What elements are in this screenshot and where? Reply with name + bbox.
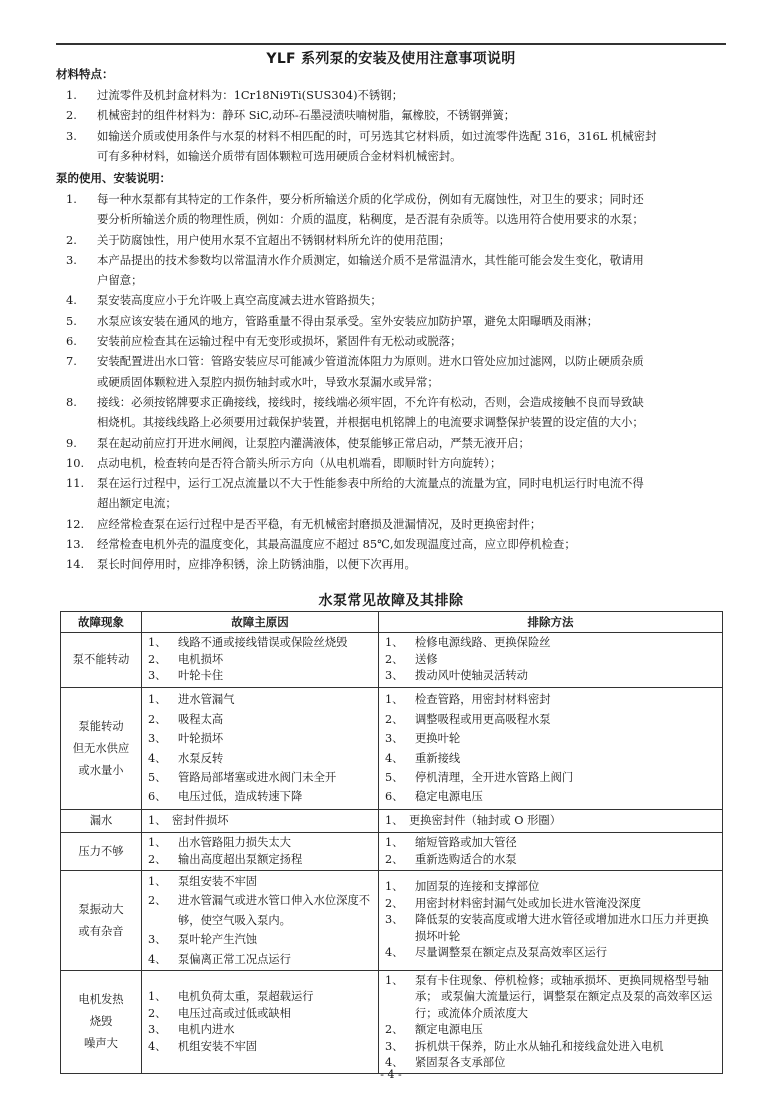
fault-table: 故障现象 故障主原因 排除方法 泵不能转动1、线路不通或接线错误或保险丝烧毁2、… (60, 611, 723, 1074)
list-item-text: 本产品提出的技术参数均以常温清水作介质测定，如输送介质不是常温清水，其性能可能会… (97, 250, 732, 270)
fault-table-header-row: 故障现象 故障主原因 排除方法 (61, 612, 723, 633)
list-item-text: 每一种水泵都有其特定的工作条件，要分析所输送介质的化学成份，例如有无腐蚀性，对卫… (97, 189, 732, 209)
fault-item-number: 2、 (148, 891, 178, 930)
fault-item-text: 拨动风叶使轴灵活转动 (415, 668, 718, 685)
fault-symptom-text: 泵能转动 (63, 716, 139, 738)
fault-item-text: 进水管漏气 (178, 690, 374, 709)
fault-list-item: 1、更换密封件（轴封或 O 形圈） (385, 813, 718, 830)
fault-list-item: 2、吸程太高 (148, 710, 374, 729)
fault-list-item: 1、泵组安装不牢固 (148, 872, 374, 891)
fault-remedy-cell: 1、加固泵的连接和支撑部位2、用密封材料密封漏气处或加长进水管淹没深度3、降低泵… (379, 871, 723, 971)
fault-item-text: 输出高度超出泵额定扬程 (178, 852, 374, 869)
list-item: 2.机械密封的组件材料为：静环 SiC,动环-石墨浸渍呋喃树脂，氟橡胶，不锈钢弹… (66, 105, 732, 125)
fault-item-text: 机组安装不牢固 (178, 1039, 374, 1056)
table-row: 泵能转动但无水供应或水量小1、进水管漏气2、吸程太高3、叶轮损坏4、水泵反转5、… (61, 688, 723, 810)
fault-item-number: 3、 (385, 912, 415, 945)
fault-item-text: 水泵反转 (178, 749, 374, 768)
list-item: 13.经常检查电机外壳的温度变化，其最高温度应不超过 85℃,如发现温度过高，应… (66, 534, 732, 554)
fault-item-number: 1、 (385, 973, 415, 1023)
document-title: YLF 系列泵的安装及使用注意事项说明 (0, 48, 782, 68)
header-cause: 故障主原因 (142, 612, 379, 633)
fault-item-number: 3、 (148, 930, 178, 949)
list-item-text: 应经常检查泵在运行过程中是否平稳，有无机械密封磨损及泄漏情况，及时更换密封件； (97, 514, 732, 534)
fault-item-text: 吸程太高 (178, 710, 374, 729)
list-item-number: 1. (66, 189, 77, 209)
fault-item-text: 泵偏离正常工况点运行 (178, 950, 374, 969)
fault-list-item: 1、检查管路，用密封材料密封 (385, 690, 718, 709)
header-symptom: 故障现象 (61, 612, 142, 633)
list-item-number: 3. (66, 250, 77, 270)
list-item-text: 超出额定电流； (97, 493, 732, 513)
fault-remedy-cell: 1、检修电源线路、更换保险丝2、送修3、拨动风叶使轴灵活转动 (379, 633, 723, 688)
fault-list-item: 3、叶轮卡住 (148, 668, 374, 685)
fault-symptom-cell: 漏水 (61, 810, 142, 833)
table-row: 泵不能转动1、线路不通或接线错误或保险丝烧毁2、电机损坏3、叶轮卡住1、检修电源… (61, 633, 723, 688)
fault-list-item: 1、进水管漏气 (148, 690, 374, 709)
fault-list-item: 3、泵叶轮产生汽蚀 (148, 930, 374, 949)
fault-item-text: 管路局部堵塞或进水阀门未全开 (178, 768, 374, 787)
fault-symptom-text: 但无水供应 (63, 738, 139, 760)
header-rule (56, 43, 726, 45)
fault-symptom-text: 压力不够 (63, 841, 139, 863)
fault-item-text: 拆机烘干保养，防止水从轴孔和接线盒处进入电机 (415, 1039, 718, 1056)
fault-item-number: 1、 (148, 835, 178, 852)
fault-item-text: 进水管漏气或进水管口伸入水位深度不够，使空气吸入泵内。 (178, 891, 374, 930)
fault-item-text: 更换叶轮 (415, 729, 718, 748)
fault-item-text: 重新选购适合的水泵 (415, 852, 718, 869)
list-item-text: 相烧机。其接线线路上必须要用过载保护装置，并根据电机铭牌上的电流要求调整保护装置… (97, 412, 732, 432)
fault-remedy-cell: 1、检查管路，用密封材料密封2、调整吸程或用更高吸程水泵3、更换叶轮4、重新接线… (379, 688, 723, 810)
fault-item-number: 2、 (385, 1022, 415, 1039)
fault-item-text: 用密封材料密封漏气处或加长进水管淹没深度 (415, 896, 718, 913)
fault-item-text: 泵叶轮产生汽蚀 (178, 930, 374, 949)
fault-item-text: 叶轮损坏 (178, 729, 374, 748)
fault-item-text: 尽量调整泵在额定点及泵高效率区运行 (415, 945, 718, 962)
fault-item-text: 稳定电源电压 (415, 787, 718, 806)
list-item: 10.点动电机，检查转向是否符合箭头所示方向（从电机端看，即顺时针方向旋转）； (66, 453, 732, 473)
fault-list-item: 2、输出高度超出泵额定扬程 (148, 852, 374, 869)
fault-cause-cell: 1、密封件损坏 (142, 810, 379, 833)
list-item: 7.安装配置进出水口管：管路安装应尽可能减少管道流体阻力为原则。进水口管处应加过… (66, 351, 732, 392)
fault-list-item: 4、机组安装不牢固 (148, 1039, 374, 1056)
list-item-text: 安装配置进出水口管：管路安装应尽可能减少管道流体阻力为原则。进水口管处应加过滤网… (97, 351, 732, 371)
fault-item-text: 重新接线 (415, 749, 718, 768)
fault-item-number: 2、 (385, 852, 415, 869)
fault-item-text: 降低泵的安装高度或增大进水管径或增加进水口压力并更换损坏叶轮 (415, 912, 718, 945)
usage-list: 1.每一种水泵都有其特定的工作条件，要分析所输送介质的化学成份，例如有无腐蚀性，… (66, 189, 732, 575)
usage-heading: 泵的使用、安装说明： (56, 170, 171, 186)
fault-item-number: 4、 (148, 950, 178, 969)
fault-item-number: 2、 (148, 710, 178, 729)
list-item-number: 5. (66, 311, 77, 331)
list-item-text: 泵长时间停用时，应排净积锈，涂上防锈油脂，以便下次再用。 (97, 554, 732, 574)
fault-item-text: 检查管路，用密封材料密封 (415, 690, 718, 709)
fault-item-number: 3、 (385, 1039, 415, 1056)
fault-item-number: 3、 (148, 668, 178, 685)
fault-item-number: 2、 (385, 652, 415, 669)
fault-item-text: 加固泵的连接和支撑部位 (415, 879, 718, 896)
fault-remedy-cell: 1、泵有卡住现象、停机检修；或轴承损坏、更换同规格型号轴承； 或泵偏大流量运行，… (379, 971, 723, 1074)
fault-cause-cell: 1、线路不通或接线错误或保险丝烧毁2、电机损坏3、叶轮卡住 (142, 633, 379, 688)
fault-item-number: 1、 (148, 635, 178, 652)
fault-item-number: 2、 (148, 652, 178, 669)
table-row: 漏水1、密封件损坏1、更换密封件（轴封或 O 形圈） (61, 810, 723, 833)
fault-item-text: 额定电源电压 (415, 1022, 718, 1039)
fault-list-item: 1、线路不通或接线错误或保险丝烧毁 (148, 635, 374, 652)
list-item-text: 水泵应该安装在通风的地方，管路重量不得由泵承受。室外安装应加防护罩，避免太阳曝晒… (97, 311, 732, 331)
fault-item-number: 3、 (385, 668, 415, 685)
fault-list-item: 3、拆机烘干保养，防止水从轴孔和接线盒处进入电机 (385, 1039, 718, 1056)
fault-item-number: 3、 (385, 729, 415, 748)
fault-list-item: 4、泵偏离正常工况点运行 (148, 950, 374, 969)
fault-table-title: 水泵常见故障及其排除 (0, 590, 782, 610)
table-row: 泵振动大或有杂音1、泵组安装不牢固2、进水管漏气或进水管口伸入水位深度不够，使空… (61, 871, 723, 971)
fault-item-number: 3、 (148, 729, 178, 748)
fault-remedy-cell: 1、更换密封件（轴封或 O 形圈） (379, 810, 723, 833)
fault-item-number: 6、 (385, 787, 415, 806)
fault-list-item: 3、叶轮损坏 (148, 729, 374, 748)
fault-item-number: 4、 (385, 945, 415, 962)
fault-list-item: 2、用密封材料密封漏气处或加长进水管淹没深度 (385, 896, 718, 913)
fault-list-item: 3、降低泵的安装高度或增大进水管径或增加进水口压力并更换损坏叶轮 (385, 912, 718, 945)
fault-item-number: 2、 (385, 710, 415, 729)
list-item: 6.安装前应检查其在运输过程中有无变形或损坏，紧固件有无松动或脱落； (66, 331, 732, 351)
fault-list-item: 2、额定电源电压 (385, 1022, 718, 1039)
fault-item-number: 5、 (148, 768, 178, 787)
list-item: 11.泵在运行过程中，运行工况点流量以不大于性能参表中所给的大流量点的流量为宜，… (66, 473, 732, 514)
fault-item-text: 电压过低，造成转速下降 (178, 787, 374, 806)
fault-item-text: 检修电源线路、更换保险丝 (415, 635, 718, 652)
list-item-text: 点动电机，检查转向是否符合箭头所示方向（从电机端看，即顺时针方向旋转）； (97, 453, 732, 473)
fault-item-text: 电机损坏 (178, 652, 374, 669)
list-item-number: 11. (66, 473, 84, 493)
fault-list-item: 2、重新选购适合的水泵 (385, 852, 718, 869)
list-item: 3.本产品提出的技术参数均以常温清水作介质测定，如输送介质不是常温清水，其性能可… (66, 250, 732, 291)
fault-symptom-text: 烧毁 (63, 1011, 139, 1033)
fault-symptom-cell: 泵振动大或有杂音 (61, 871, 142, 971)
list-item-text: 要分析所输送介质的物理性质，例如：介质的温度，粘稠度，是否混有杂质等。以选用符合… (97, 209, 732, 229)
fault-item-text: 更换密封件（轴封或 O 形圈） (409, 813, 718, 830)
list-item-number: 9. (66, 433, 77, 453)
materials-heading: 材料特点： (56, 66, 114, 82)
list-item: 1.过流零件及机封盒材料为：1Cr18Ni9Ti(SUS304)不锈钢； (66, 85, 732, 105)
fault-list-item: 1、泵有卡住现象、停机检修；或轴承损坏、更换同规格型号轴承； 或泵偏大流量运行，… (385, 973, 718, 1023)
fault-cause-cell: 1、出水管路阻力损失太大2、输出高度超出泵额定扬程 (142, 833, 379, 871)
list-item-text: 关于防腐蚀性，用户使用水泵不宜超出不锈钢材料所允许的使用范围； (97, 230, 732, 250)
fault-item-text: 送修 (415, 652, 718, 669)
list-item-text: 经常检查电机外壳的温度变化，其最高温度应不超过 85℃,如发现温度过高，应立即停… (97, 534, 732, 554)
list-item-text: 泵在起动前应打开进水闸阀，让泵腔内灌满液体，使泵能够正常启动，严禁无液开启； (97, 433, 732, 453)
list-item-number: 2. (66, 230, 77, 250)
list-item: 5.水泵应该安装在通风的地方，管路重量不得由泵承受。室外安装应加防护罩，避免太阳… (66, 311, 732, 331)
fault-list-item: 1、电机负荷太重，泵超载运行 (148, 989, 374, 1006)
list-item-text: 泵安装高度应小于允许吸上真空高度减去进水管路损失； (97, 290, 732, 310)
fault-list-item: 1、密封件损坏 (148, 813, 374, 830)
fault-item-number: 2、 (385, 896, 415, 913)
fault-list-item: 5、停机清理，全开进水管路上阀门 (385, 768, 718, 787)
list-item-number: 3. (66, 126, 77, 146)
list-item-number: 12. (66, 514, 84, 534)
fault-list-item: 4、重新接线 (385, 749, 718, 768)
fault-item-text: 电机内进水 (178, 1022, 374, 1039)
fault-item-text: 电压过高或过低或缺相 (178, 1006, 374, 1023)
list-item-text: 如输送介质或使用条件与水泵的材料不相匹配的时，可另选其它材料质，如过流零件选配 … (97, 126, 732, 146)
fault-item-number: 4、 (148, 749, 178, 768)
list-item-number: 6. (66, 331, 77, 351)
fault-list-item: 2、调整吸程或用更高吸程水泵 (385, 710, 718, 729)
list-item-text: 户留意； (97, 270, 732, 290)
fault-item-text: 泵组安装不牢固 (178, 872, 374, 891)
fault-item-number: 5、 (385, 768, 415, 787)
list-item-text: 过流零件及机封盒材料为：1Cr18Ni9Ti(SUS304)不锈钢； (97, 85, 732, 105)
fault-list-item: 1、出水管路阻力损失太大 (148, 835, 374, 852)
fault-list-item: 2、电机损坏 (148, 652, 374, 669)
list-item-text: 泵在运行过程中，运行工况点流量以不大于性能参表中所给的大流量点的流量为宜，同时电… (97, 473, 732, 493)
table-row: 压力不够1、出水管路阻力损失太大2、输出高度超出泵额定扬程1、缩短管路或加大管径… (61, 833, 723, 871)
list-item: 8.接线：必须按铭牌要求正确接线，接线时，接线端必须牢固，不允许有松动，否则，会… (66, 392, 732, 433)
list-item: 4.泵安装高度应小于允许吸上真空高度减去进水管路损失； (66, 290, 732, 310)
fault-item-number: 4、 (385, 749, 415, 768)
list-item-text: 机械密封的组件材料为：静环 SiC,动环-石墨浸渍呋喃树脂，氟橡胶，不锈钢弹簧； (97, 105, 732, 125)
list-item: 9.泵在起动前应打开进水闸阀，让泵腔内灌满液体，使泵能够正常启动，严禁无液开启； (66, 433, 732, 453)
page-number: - 4 - (0, 1068, 782, 1081)
fault-symptom-text: 噪声大 (63, 1033, 139, 1055)
fault-item-number: 2、 (148, 852, 178, 869)
fault-list-item: 4、尽量调整泵在额定点及泵高效率区运行 (385, 945, 718, 962)
fault-list-item: 2、送修 (385, 652, 718, 669)
list-item-number: 13. (66, 534, 84, 554)
fault-item-text: 调整吸程或用更高吸程水泵 (415, 710, 718, 729)
fault-item-number: 1、 (385, 835, 415, 852)
fault-item-number: 6、 (148, 787, 178, 806)
fault-item-text: 出水管路阻力损失太大 (178, 835, 374, 852)
fault-item-number: 1、 (385, 635, 415, 652)
fault-list-item: 1、缩短管路或加大管径 (385, 835, 718, 852)
fault-list-item: 2、进水管漏气或进水管口伸入水位深度不够，使空气吸入泵内。 (148, 891, 374, 930)
fault-cause-cell: 1、电机负荷太重，泵超载运行2、电压过高或过低或缺相3、电机内进水4、机组安装不… (142, 971, 379, 1074)
fault-symptom-cell: 电机发热烧毁噪声大 (61, 971, 142, 1074)
list-item-number: 2. (66, 105, 77, 125)
list-item: 14.泵长时间停用时，应排净积锈，涂上防锈油脂，以便下次再用。 (66, 554, 732, 574)
list-item: 12.应经常检查泵在运行过程中是否平稳，有无机械密封磨损及泄漏情况，及时更换密封… (66, 514, 732, 534)
fault-item-number: 1、 (385, 690, 415, 709)
list-item-text: 或硬质固体颗粒进入泵腔内损伤轴封或水叶，导致水泵漏水或异常； (97, 372, 732, 392)
fault-list-item: 1、检修电源线路、更换保险丝 (385, 635, 718, 652)
fault-remedy-cell: 1、缩短管路或加大管径2、重新选购适合的水泵 (379, 833, 723, 871)
fault-symptom-text: 或有杂音 (63, 921, 139, 943)
fault-symptom-text: 电机发热 (63, 989, 139, 1011)
fault-item-number: 1、 (385, 879, 415, 896)
fault-item-text: 缩短管路或加大管径 (415, 835, 718, 852)
fault-list-item: 3、更换叶轮 (385, 729, 718, 748)
list-item: 2.关于防腐蚀性，用户使用水泵不宜超出不锈钢材料所允许的使用范围； (66, 230, 732, 250)
fault-item-number: 1、 (148, 813, 172, 830)
fault-symptom-cell: 压力不够 (61, 833, 142, 871)
fault-list-item: 3、拨动风叶使轴灵活转动 (385, 668, 718, 685)
list-item: 1.每一种水泵都有其特定的工作条件，要分析所输送介质的化学成份，例如有无腐蚀性，… (66, 189, 732, 230)
fault-item-number: 1、 (385, 813, 409, 830)
fault-symptom-text: 泵不能转动 (63, 649, 139, 671)
fault-item-text: 叶轮卡住 (178, 668, 374, 685)
fault-cause-cell: 1、泵组安装不牢固2、进水管漏气或进水管口伸入水位深度不够，使空气吸入泵内。3、… (142, 871, 379, 971)
fault-symptom-cell: 泵不能转动 (61, 633, 142, 688)
fault-item-number: 2、 (148, 1006, 178, 1023)
fault-symptom-text: 泵振动大 (63, 899, 139, 921)
list-item-number: 7. (66, 351, 77, 371)
fault-list-item: 5、管路局部堵塞或进水阀门未全开 (148, 768, 374, 787)
list-item-number: 8. (66, 392, 77, 412)
header-remedy: 排除方法 (379, 612, 723, 633)
fault-list-item: 6、电压过低，造成转速下降 (148, 787, 374, 806)
fault-list-item: 2、电压过高或过低或缺相 (148, 1006, 374, 1023)
list-item-text: 安装前应检查其在运输过程中有无变形或损坏，紧固件有无松动或脱落； (97, 331, 732, 351)
fault-item-number: 4、 (148, 1039, 178, 1056)
fault-symptom-text: 或水量小 (63, 760, 139, 782)
list-item-number: 4. (66, 290, 77, 310)
fault-list-item: 6、稳定电源电压 (385, 787, 718, 806)
fault-item-text: 泵有卡住现象、停机检修；或轴承损坏、更换同规格型号轴承； 或泵偏大流量运行，调整… (415, 973, 718, 1023)
fault-item-text: 电机负荷太重，泵超载运行 (178, 989, 374, 1006)
fault-item-number: 1、 (148, 989, 178, 1006)
fault-item-text: 停机清理，全开进水管路上阀门 (415, 768, 718, 787)
fault-list-item: 4、水泵反转 (148, 749, 374, 768)
fault-item-number: 1、 (148, 872, 178, 891)
fault-symptom-cell: 泵能转动但无水供应或水量小 (61, 688, 142, 810)
materials-list: 1.过流零件及机封盒材料为：1Cr18Ni9Ti(SUS304)不锈钢；2.机械… (66, 85, 732, 166)
list-item-text: 可有多种材料，如输送介质带有固体颗粒可选用硬质合金材料机械密封。 (97, 146, 732, 166)
fault-symptom-text: 漏水 (63, 810, 139, 832)
fault-item-text: 线路不通或接线错误或保险丝烧毁 (178, 635, 374, 652)
list-item-text: 接线：必须按铭牌要求正确接线，接线时，接线端必须牢固，不允许有松动，否则，会造成… (97, 392, 732, 412)
fault-item-text: 密封件损坏 (172, 813, 374, 830)
list-item-number: 14. (66, 554, 84, 574)
list-item-number: 1. (66, 85, 77, 105)
table-row: 电机发热烧毁噪声大1、电机负荷太重，泵超载运行2、电压过高或过低或缺相3、电机内… (61, 971, 723, 1074)
fault-list-item: 1、加固泵的连接和支撑部位 (385, 879, 718, 896)
fault-item-number: 1、 (148, 690, 178, 709)
fault-cause-cell: 1、进水管漏气2、吸程太高3、叶轮损坏4、水泵反转5、管路局部堵塞或进水阀门未全… (142, 688, 379, 810)
fault-item-number: 3、 (148, 1022, 178, 1039)
list-item: 3.如输送介质或使用条件与水泵的材料不相匹配的时，可另选其它材料质，如过流零件选… (66, 126, 732, 167)
list-item-number: 10. (66, 453, 84, 473)
fault-list-item: 3、电机内进水 (148, 1022, 374, 1039)
